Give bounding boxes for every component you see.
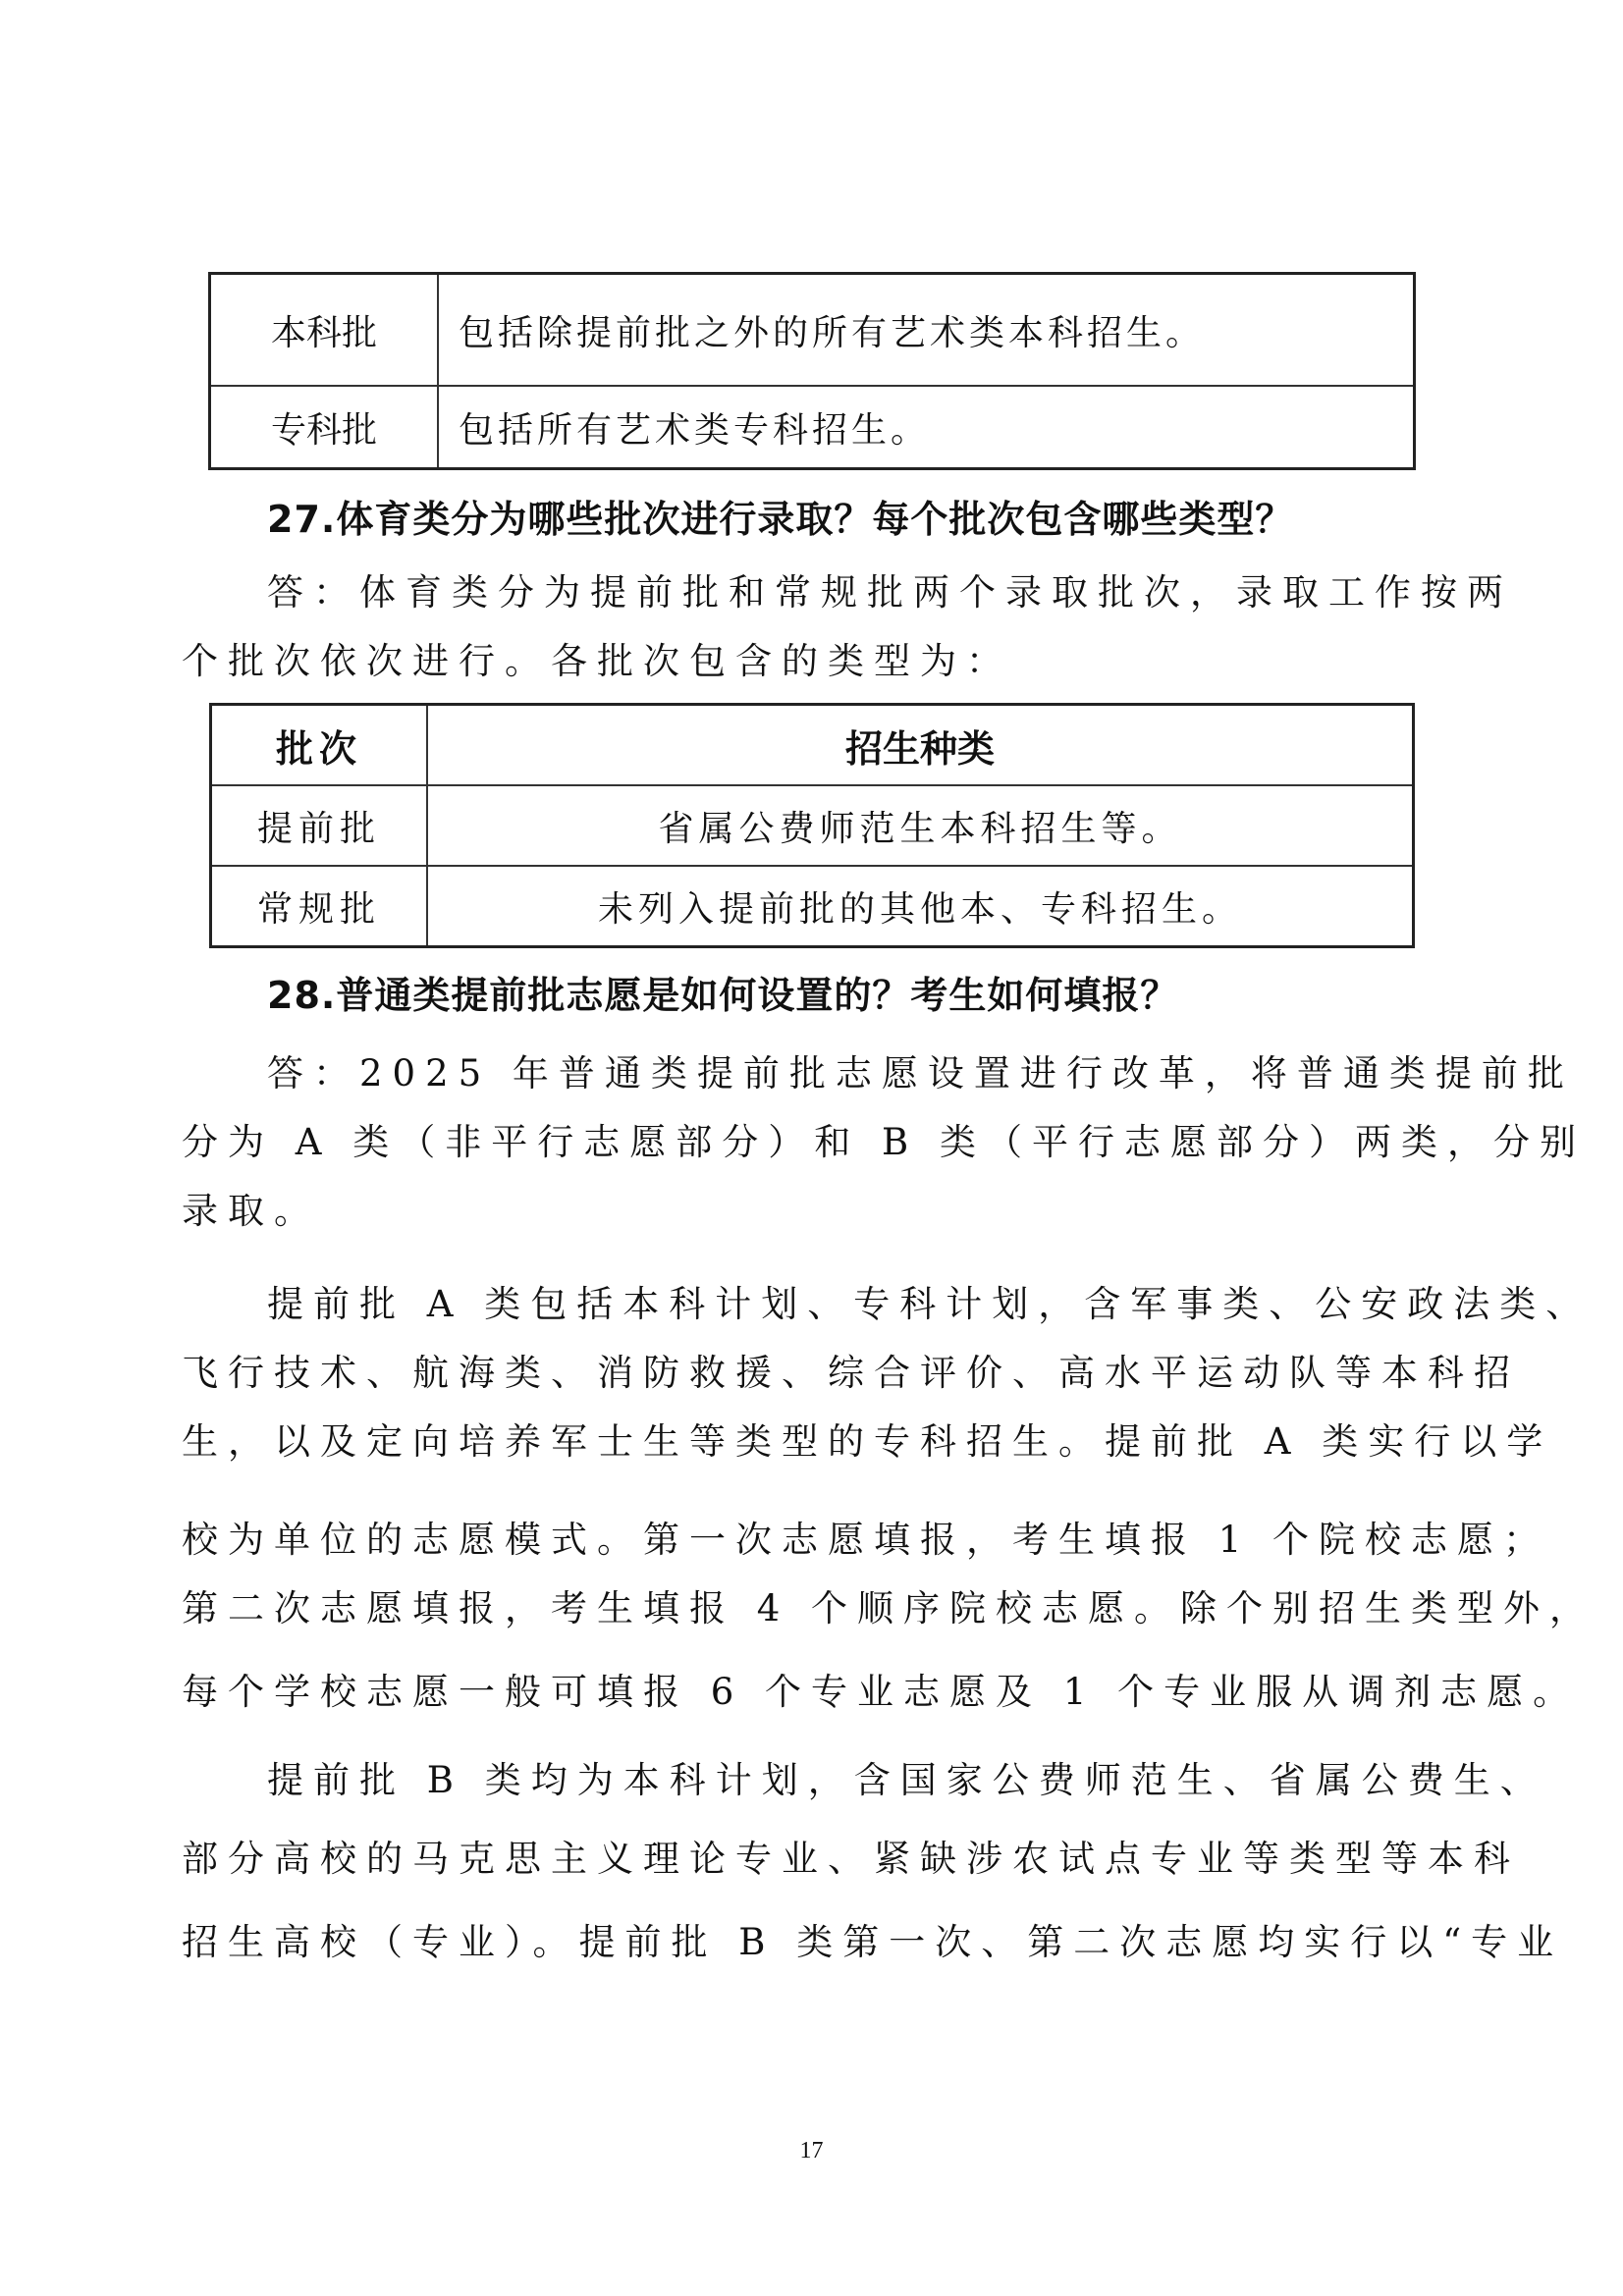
answer-28-line: 分为 A 类（非平行志愿部分）和 B 类（平行志愿部分）两类，分别 [182,1119,1458,1166]
answer-28-line: 招生高校（专业）。提前批 B 类第一次、第二次志愿均实行以“专业 [182,1919,1458,1966]
desc-cell: 包括所有艺术类专科招生。 [438,386,1415,469]
answer-28-line: 校为单位的志愿模式。第一次志愿填报，考生填报 1 个院校志愿； [182,1517,1458,1564]
sports-batch-table: 批次 招生种类 提前批 省属公费师范生本科招生等。 常规批 未列入提前批的其他本… [209,703,1415,948]
answer-28-line: 部分高校的马克思主义理论专业、紧缺涉农试点专业等类型等本科 [182,1836,1458,1883]
answer-28-line: 答：2025 年普通类提前批志愿设置进行改革，将普通类提前批 [267,1050,1543,1097]
answer-27-line: 个批次依次进行。各批次包含的类型为： [182,638,1458,685]
question-28-title: 28.普通类提前批志愿是如何设置的？考生如何填报？ [267,972,1543,1019]
answer-28-line: 提前批 A 类包括本科计划、专科计划，含军事类、公安政法类、 [267,1281,1543,1328]
table-row: 专科批 包括所有艺术类专科招生。 [210,386,1415,469]
art-batch-table: 本科批 包括除提前批之外的所有艺术类本科招生。 专科批 包括所有艺术类专科招生。 [208,272,1416,470]
table-header-row: 批次 招生种类 [211,705,1414,786]
desc-cell: 包括除提前批之外的所有艺术类本科招生。 [438,274,1415,387]
answer-27-line: 答：体育类分为提前批和常规批两个录取批次，录取工作按两 [267,569,1543,616]
answer-28-line: 第二次志愿填报，考生填报 4 个顺序院校志愿。除个别招生类型外， [182,1585,1458,1632]
document-page: 本科批 包括除提前批之外的所有艺术类本科招生。 专科批 包括所有艺术类专科招生。… [0,0,1623,2296]
table-row: 提前批 省属公费师范生本科招生等。 [211,785,1414,866]
answer-28-line: 每个学校志愿一般可填报 6 个专业志愿及 1 个专业服从调剂志愿。 [182,1669,1458,1716]
table-row: 本科批 包括除提前批之外的所有艺术类本科招生。 [210,274,1415,387]
batch-cell: 专科批 [210,386,439,469]
question-27-title: 27.体育类分为哪些批次进行录取？每个批次包含哪些类型？ [267,496,1543,543]
batch-cell: 提前批 [211,785,428,866]
page-number: 17 [0,2138,1623,2164]
answer-28-line: 录取。 [182,1188,1458,1235]
answer-28-line: 飞行技术、航海类、消防救援、综合评价、高水平运动队等本科招 [182,1350,1458,1397]
answer-28-line: 提前批 B 类均为本科计划，含国家公费师范生、省属公费生、 [267,1757,1543,1804]
batch-cell: 常规批 [211,866,428,947]
batch-cell: 本科批 [210,274,439,387]
header-batch: 批次 [211,705,428,786]
header-category: 招生种类 [427,705,1414,786]
desc-cell: 未列入提前批的其他本、专科招生。 [427,866,1414,947]
desc-cell: 省属公费师范生本科招生等。 [427,785,1414,866]
table-row: 常规批 未列入提前批的其他本、专科招生。 [211,866,1414,947]
answer-28-line: 生，以及定向培养军士生等类型的专科招生。提前批 A 类实行以学 [182,1418,1458,1466]
